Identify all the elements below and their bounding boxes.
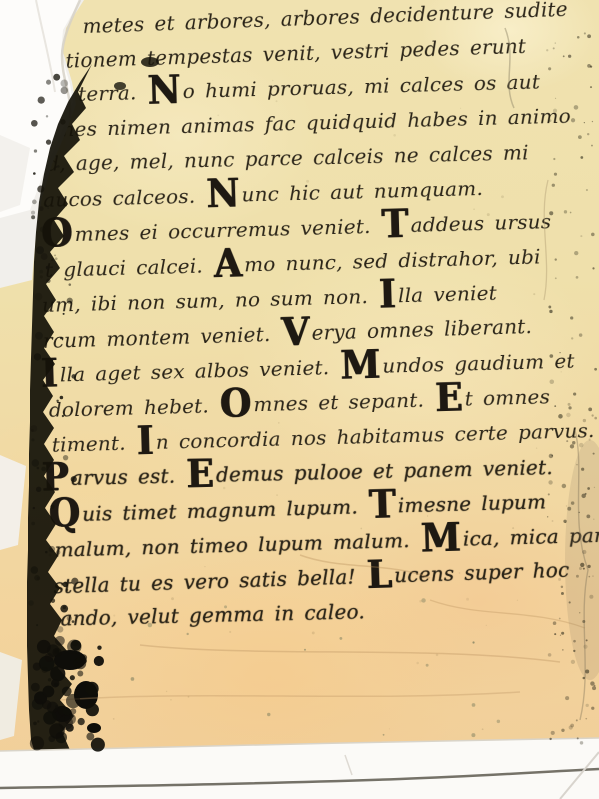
illuminated-initial: M [421, 538, 461, 539]
illuminated-initial: L [367, 574, 393, 575]
manuscript-text-segment: ica, mica parva [463, 522, 599, 550]
manuscript-text-segment: imesne lupum [398, 489, 547, 517]
illuminated-initial: O [220, 403, 252, 404]
manuscript-text-segment: unc hic aut numquam. [241, 176, 483, 207]
manuscript-text-segment: ucens super hoc [394, 558, 570, 588]
manuscript-text-segment: mnes et sepant. [253, 387, 434, 416]
manuscript-text-segment: o humi proruas, mi calces os aut [182, 69, 540, 103]
scanned-document: metes et arbores, arbores decidenture su… [0, 0, 599, 799]
illuminated-initial: T [369, 504, 396, 505]
manuscript-text-segment: arvus est. [71, 463, 186, 490]
manuscript-text: metes et arbores, arbores decidenture su… [34, 0, 599, 638]
illuminated-initial: T [382, 224, 409, 225]
illuminated-initial: O [41, 233, 73, 234]
illuminated-initial: N [148, 90, 181, 91]
illuminated-initial: Q [49, 513, 81, 514]
manuscript-text-segment: timent. [51, 430, 136, 456]
illuminated-initial: A [214, 263, 242, 264]
manuscript-text-segment: undos gaudium et [382, 349, 575, 378]
manuscript-text-segment: aucos calceos. [43, 183, 206, 211]
manuscript-text-segment: lla aget sex albos veniet. [60, 355, 340, 387]
illuminated-initial: E [186, 474, 214, 475]
illuminated-initial: E [435, 398, 463, 399]
manuscript-text-segment: dolorem hebet. [49, 393, 220, 422]
manuscript-text-segment: stella tu es vero satis bella! [53, 564, 366, 598]
manuscript-text-segment: uis timet magnum lupum. [82, 494, 368, 526]
manuscript-text-segment: t glauci calcei. [45, 253, 214, 282]
illuminated-initial: N [206, 194, 239, 195]
manuscript-text-segment: addeus ursus [410, 209, 551, 237]
manuscript-text-segment: t omnes [464, 384, 550, 410]
manuscript-text-segment: rcum montem veniet. [43, 322, 281, 353]
manuscript-text-segment: um, ibi non sum, no sum non. [42, 284, 379, 317]
manuscript-text-segment: erya omnes liberant. [311, 314, 532, 345]
illuminated-initial: P [42, 477, 69, 478]
manuscript-text-segment: ando, velut gemma in caleo. [60, 599, 365, 630]
manuscript-text-segment: lla veniet [398, 281, 497, 308]
illuminated-initial: V [281, 332, 309, 333]
manuscript-text-segment: d, age, mel, nunc parce calceis ne calce… [46, 140, 529, 175]
illuminated-initial: M [340, 365, 380, 366]
manuscript-text-segment: in terra. [48, 80, 147, 107]
